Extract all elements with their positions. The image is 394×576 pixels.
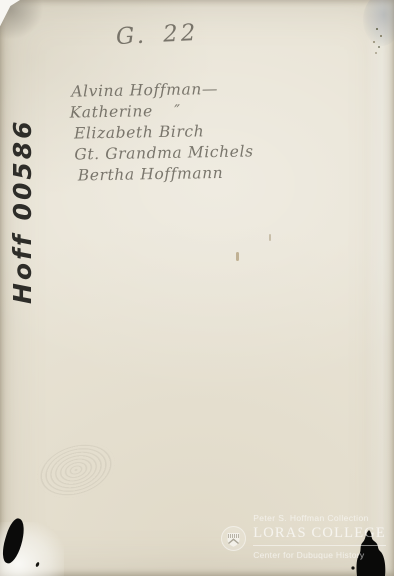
watermark-divider (253, 545, 386, 546)
name-line: Gt. Grandma Michels (74, 141, 254, 165)
name-line: Bertha Hoffmann (78, 162, 255, 186)
watermark-collection: Peter S. Hoffman Collection (253, 513, 386, 523)
handwritten-names: Alvina Hoffman— Katherine ″ Elizabeth Bi… (69, 78, 254, 186)
fingerprint-smudge (30, 433, 122, 507)
paper-speck (236, 252, 239, 261)
paper-speck (269, 234, 271, 241)
archive-id: Hoff 00586 (8, 92, 42, 304)
watermark-text: Peter S. Hoffman Collection LORAS COLLEG… (253, 513, 386, 560)
watermark-institution: LORAS COLLEGE (253, 526, 386, 541)
stain-top-right (363, 0, 394, 46)
stain-specks-top-right (376, 28, 378, 30)
watermark: Peter S. Hoffman Collection LORAS COLLEG… (220, 513, 386, 560)
catalog-number: G. 22 (115, 20, 199, 50)
photo-back-scan: G. 22 Alvina Hoffman— Katherine ″ Elizab… (0, 0, 394, 576)
watermark-department: Center for Dubuque History (253, 550, 386, 560)
loras-crest-icon (220, 525, 247, 552)
